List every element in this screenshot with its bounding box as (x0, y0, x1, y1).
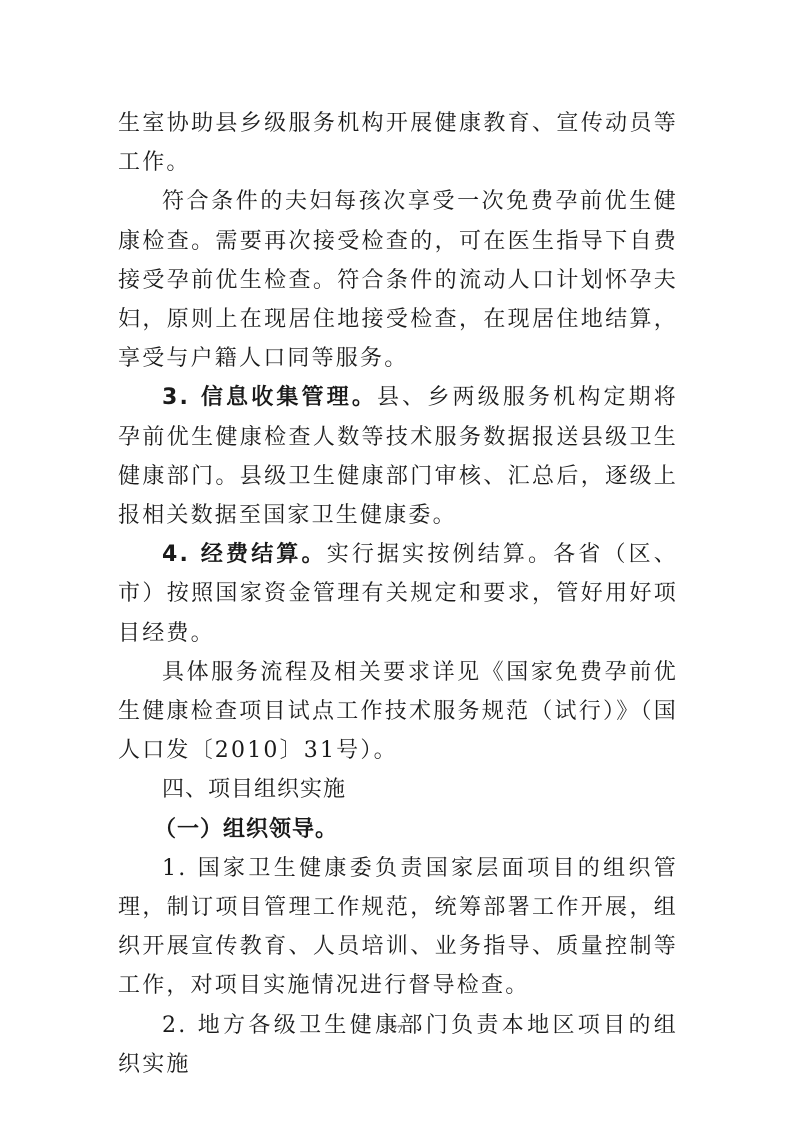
paragraph-eligibility: 符合条件的夫妇每孩次享受一次免费孕前优生健康检查。需要再次接受检查的，可在医生指… (118, 182, 678, 378)
paragraph-reference: 具体服务流程及相关要求详见《国家免费孕前优生健康检查项目试点工作技术服务规范（试… (118, 653, 678, 771)
document-page: 生室协助县乡级服务机构开展健康教育、宣传动员等工作。 符合条件的夫妇每孩次享受一… (118, 104, 678, 1084)
subsection-heading: （一）组织领导。 (118, 810, 678, 849)
paragraph-continuation: 生室协助县乡级服务机构开展健康教育、宣传动员等工作。 (118, 104, 678, 182)
page-number: 77 (0, 1022, 794, 1037)
item-heading-funding: 4. 经费结算。 (162, 542, 327, 567)
paragraph-info-collection: 3. 信息收集管理。县、乡两级服务机构定期将孕前优生健康检查人数等技术服务数据报… (118, 378, 678, 535)
paragraph-national-role: 1. 国家卫生健康委负责国家层面项目的组织管理，制订项目管理工作规范，统筹部署工… (118, 849, 678, 1006)
item-heading-info-collection: 3. 信息收集管理。 (162, 385, 377, 410)
paragraph-funding: 4. 经费结算。实行据实按例结算。各省（区、市）按照国家资金管理有关规定和要求，… (118, 535, 678, 653)
section-heading: 四、项目组织实施 (118, 770, 678, 809)
paragraph-local-role: 2. 地方各级卫生健康部门负责本地区项目的组织实施 (118, 1006, 678, 1084)
